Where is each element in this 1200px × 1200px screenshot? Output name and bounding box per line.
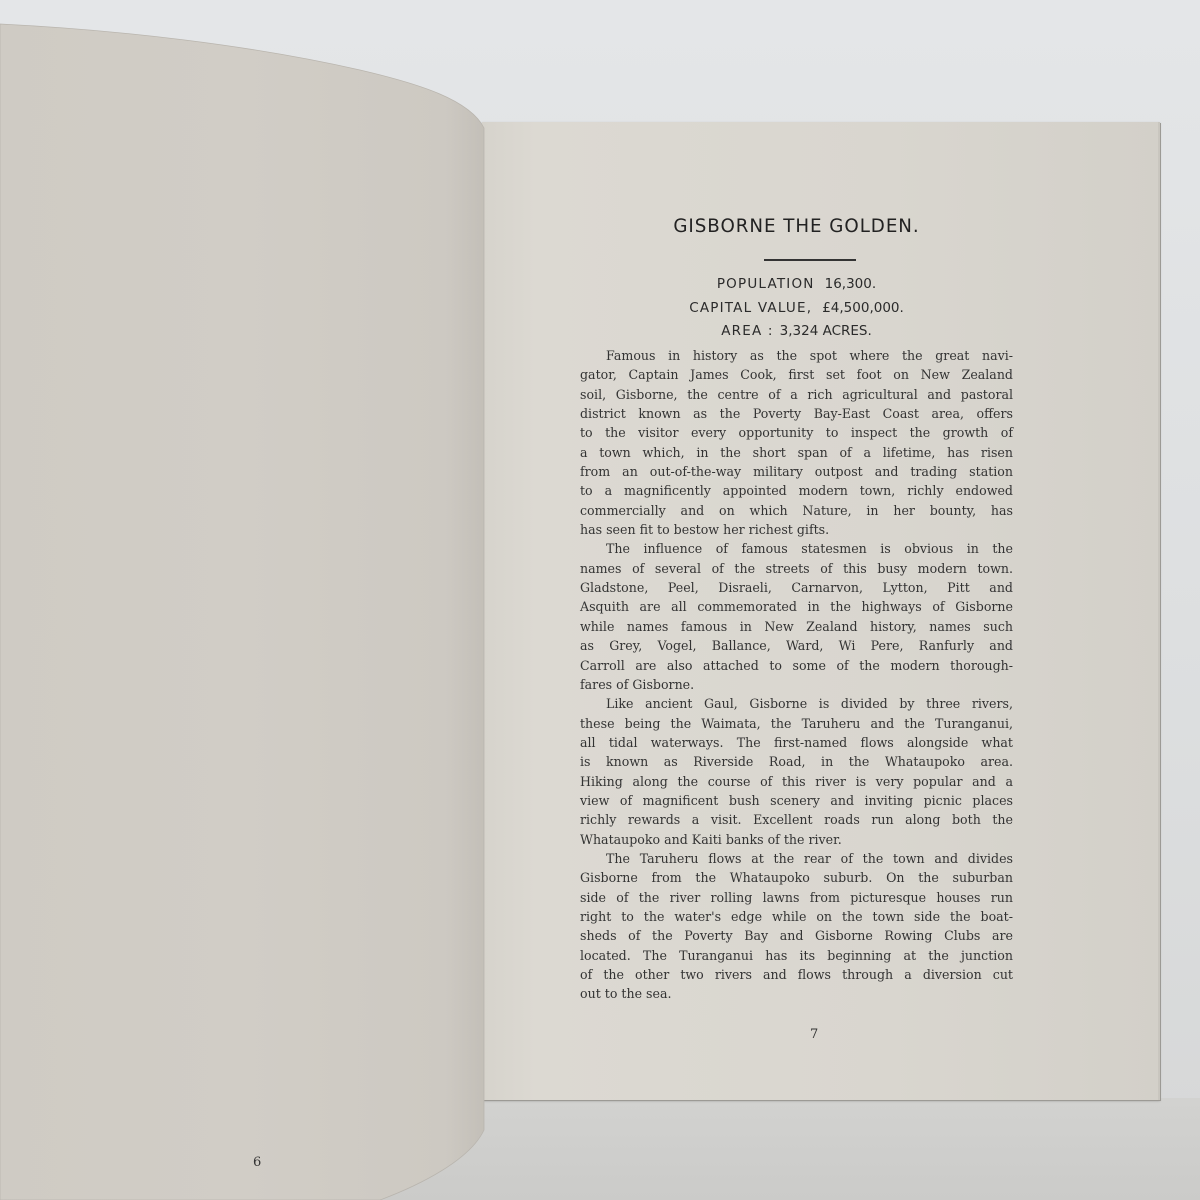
left-page-sheet: [0, 0, 490, 1200]
text-line: names of several of the streets of this …: [580, 559, 1013, 578]
text-line: Famous in history as the spot where the …: [580, 346, 1013, 365]
text-line: Gisborne from the Whataupoko suburb. On …: [580, 868, 1013, 887]
text-line: Carroll are also attached to some of the…: [580, 656, 1013, 675]
stat-capital-value: CAPITAL VALUE,£4,500,000.: [580, 300, 1013, 316]
stat-label: AREA :: [721, 323, 773, 339]
paragraph: The Taruheru flows at the rear of the to…: [580, 849, 1013, 1004]
text-line: as Grey, Vogel, Ballance, Ward, Wi Pere,…: [580, 636, 1013, 655]
page-number-right: 7: [810, 1027, 818, 1042]
stat-value: £4,500,000.: [822, 300, 904, 316]
text-line: of the other two rivers and flows throug…: [580, 965, 1013, 984]
title-divider: [764, 259, 856, 261]
text-line: has seen fit to bestow her richest gifts…: [580, 520, 1013, 539]
text-line: a town which, in the short span of a lif…: [580, 443, 1013, 462]
text-line: gator, Captain James Cook, first set foo…: [580, 365, 1013, 384]
text-line: Whataupoko and Kaiti banks of the river.: [580, 830, 1013, 849]
text-line: is known as Riverside Road, in the Whata…: [580, 752, 1013, 771]
text-line: commercially and on which Nature, in her…: [580, 501, 1013, 520]
stat-value: 16,300.: [825, 276, 877, 292]
text-line: to a magnificently appointed modern town…: [580, 481, 1013, 500]
stat-area: AREA :3,324 ACRES.: [580, 323, 1013, 339]
text-line: right to the water's edge while on the t…: [580, 907, 1013, 926]
text-line: Hiking along the course of this river is…: [580, 772, 1013, 791]
text-line: from an out-of-the-way military outpost …: [580, 462, 1013, 481]
text-line: The influence of famous statesmen is obv…: [580, 539, 1013, 558]
text-line: The Taruheru flows at the rear of the to…: [580, 849, 1013, 868]
text-line: all tidal waterways. The first-named flo…: [580, 733, 1013, 752]
text-line: side of the river rolling lawns from pic…: [580, 888, 1013, 907]
text-line: located. The Turanganui has its beginnin…: [580, 946, 1013, 965]
text-line: to the visitor every opportunity to insp…: [580, 423, 1013, 442]
stat-label: POPULATION: [717, 276, 815, 292]
paragraph: Like ancient Gaul, Gisborne is divided b…: [580, 694, 1013, 849]
paragraph: Famous in history as the spot where the …: [580, 346, 1013, 539]
text-line: fares of Gisborne.: [580, 675, 1013, 694]
text-line: these being the Waimata, the Taruheru an…: [580, 714, 1013, 733]
text-line: soil, Gisborne, the centre of a rich agr…: [580, 385, 1013, 404]
text-line: Gladstone, Peel, Disraeli, Carnarvon, Ly…: [580, 578, 1013, 597]
paragraph: The influence of famous statesmen is obv…: [580, 539, 1013, 694]
text-line: out to the sea.: [580, 984, 1013, 1003]
page-title: GISBORNE THE GOLDEN.: [589, 215, 1005, 237]
text-line: sheds of the Poverty Bay and Gisborne Ro…: [580, 926, 1013, 945]
text-line: district known as the Poverty Bay-East C…: [580, 404, 1013, 423]
page-number-left: 6: [253, 1155, 261, 1170]
text-line: Asquith are all commemorated in the high…: [580, 597, 1013, 616]
stat-value: 3,324 ACRES.: [780, 323, 872, 339]
text-line: view of magnificent bush scenery and inv…: [580, 791, 1013, 810]
stat-label: CAPITAL VALUE,: [689, 300, 812, 316]
text-line: while names famous in New Zealand histor…: [580, 617, 1013, 636]
body-text: Famous in history as the spot where the …: [580, 346, 1013, 1004]
left-page: [0, 0, 490, 1200]
text-line: richly rewards a visit. Excellent roads …: [580, 810, 1013, 829]
stat-population: POPULATION16,300.: [580, 276, 1013, 292]
text-line: Like ancient Gaul, Gisborne is divided b…: [580, 694, 1013, 713]
